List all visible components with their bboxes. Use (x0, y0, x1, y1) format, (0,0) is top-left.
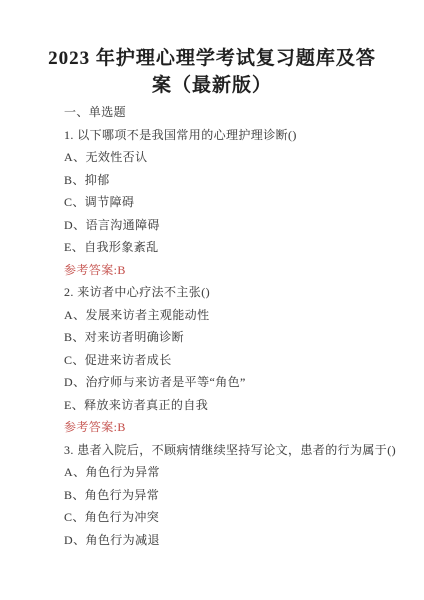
document-page: 2023 年护理心理学考试复习题库及答 案（最新版） 一、单选题 1. 以下哪项… (0, 0, 424, 600)
title-line-2: 案（最新版） (0, 72, 424, 99)
question-1-option-b: B、抑郁 (64, 169, 384, 192)
question-1-option-d: D、语言沟通障碍 (64, 214, 384, 237)
question-3-option-d: D、角色行为减退 (64, 529, 384, 552)
document-title: 2023 年护理心理学考试复习题库及答 案（最新版） (0, 45, 424, 99)
question-1-option-e: E、自我形象紊乱 (64, 236, 384, 259)
question-2-option-c: C、促进来访者成长 (64, 349, 384, 372)
question-2-option-d: D、治疗师与来访者是平等“角色” (64, 371, 384, 394)
question-2-option-b: B、对来访者明确诊断 (64, 326, 384, 349)
section-heading: 一、单选题 (64, 101, 384, 124)
question-1-answer: 参考答案:B (64, 259, 384, 282)
question-3-option-c: C、角色行为冲突 (64, 506, 384, 529)
question-2-answer: 参考答案:B (64, 416, 384, 439)
question-2-option-e: E、释放来访者真正的自我 (64, 394, 384, 417)
document-body: 一、单选题 1. 以下哪项不是我国常用的心理护理诊断() A、无效性否认 B、抑… (64, 101, 384, 551)
question-3-stem: 3. 患者入院后，不顾病情继续坚持写论文，患者的行为属于() (64, 439, 384, 462)
question-3-option-a: A、角色行为异常 (64, 461, 384, 484)
title-line-1: 2023 年护理心理学考试复习题库及答 (0, 45, 424, 72)
question-2-stem: 2. 来访者中心疗法不主张() (64, 281, 384, 304)
question-1-option-a: A、无效性否认 (64, 146, 384, 169)
question-1-stem: 1. 以下哪项不是我国常用的心理护理诊断() (64, 124, 384, 147)
question-3-option-b: B、角色行为异常 (64, 484, 384, 507)
question-1-option-c: C、调节障碍 (64, 191, 384, 214)
question-2-option-a: A、发展来访者主观能动性 (64, 304, 384, 327)
